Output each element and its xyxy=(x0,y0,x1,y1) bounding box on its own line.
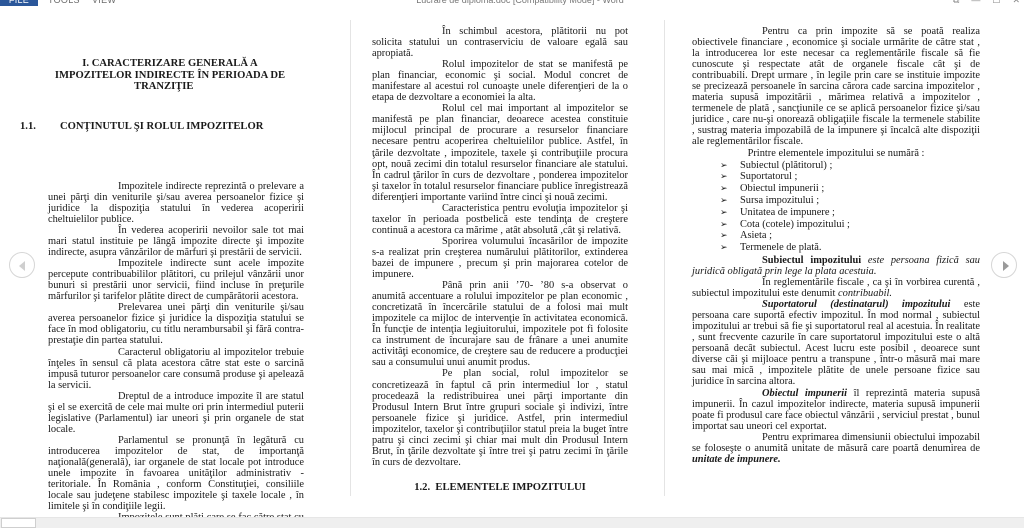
body-text: Impozitele indirecte reprezintă o prelev… xyxy=(48,181,304,528)
window-controls: ⧉ — ☐ ✕ xyxy=(953,0,1020,6)
list-item: ➢Obiectul impunerii ; xyxy=(692,183,980,195)
paragraph-contribuabil: În reglementările fiscale , ca şi în vor… xyxy=(692,277,980,299)
paragraph: Prelevarea unei părţi din veniturile şi/… xyxy=(48,302,304,346)
menu-view[interactable]: VIEW xyxy=(92,0,116,6)
minimize-icon[interactable]: — xyxy=(971,0,980,6)
menu-file[interactable]: FILE xyxy=(0,0,38,6)
arrow-bullet-icon: ➢ xyxy=(720,230,728,242)
section-title: CONŢINUTUL ŞI ROLUL IMPOZITELOR xyxy=(60,121,263,132)
list-item: ➢Sursa impozitului ; xyxy=(692,195,980,207)
paragraph-unitate: Pentru exprimarea dimensiunii obiectului… xyxy=(692,432,980,465)
paragraph: Pe plan social, rolul impozitelor se con… xyxy=(372,368,628,467)
list-intro: Printre elementele impozitului se numără… xyxy=(692,148,980,159)
paragraph: În vederea acoperirii nevoilor sale tot … xyxy=(48,225,304,258)
list-item: ➢Asieta ; xyxy=(692,230,980,242)
restore-icon[interactable]: ⧉ xyxy=(953,0,959,6)
chapter-title-line: TRANZIŢIE xyxy=(48,81,292,93)
section-heading: 1.2. ELEMENTELE IMPOZITULUI xyxy=(372,482,628,493)
list-item: ➢Unitatea de impunere ; xyxy=(692,207,980,219)
paragraph: Parlamentul se pronunţă în legătură cu i… xyxy=(48,435,304,512)
list-item: ➢Termenele de plată. xyxy=(692,242,980,254)
chevron-left-icon xyxy=(10,253,36,279)
arrow-bullet-icon: ➢ xyxy=(720,242,728,254)
paragraph: Impozitele indirecte reprezintă o prelev… xyxy=(48,181,304,225)
status-bar xyxy=(0,517,1024,528)
close-icon[interactable]: ✕ xyxy=(1012,0,1020,6)
chapter-title: I. CARACTERIZARE GENERALĂ A IMPOZITELOR … xyxy=(48,58,304,93)
menu-tools[interactable]: TOOLS xyxy=(48,0,80,6)
section-title: ELEMENTELE IMPOZITULUI xyxy=(435,482,585,493)
maximize-icon[interactable]: ☐ xyxy=(992,0,1000,6)
menu-bar: FILE TOOLS VIEW Lucrare de diplomă.doc [… xyxy=(0,0,1024,6)
page-indicator-box[interactable] xyxy=(1,518,36,528)
paragraph: Pentru ca prin impozite să se poată real… xyxy=(692,26,980,148)
paragraph: Caracterul obligatoriu al impozitelor tr… xyxy=(48,347,304,391)
next-page-button[interactable] xyxy=(991,252,1017,278)
previous-page-button[interactable] xyxy=(9,252,35,278)
arrow-bullet-icon: ➢ xyxy=(720,171,728,183)
chapter-title-line: IMPOZITELOR INDIRECTE ÎN PERIOADA DE xyxy=(55,70,285,81)
chevron-right-icon xyxy=(992,253,1018,279)
page-right: Pentru ca prin impozite să se poată real… xyxy=(692,26,980,465)
page-middle: În schimbul acestora, plătitorii nu pot … xyxy=(372,26,628,493)
paragraph: Caracteristica pentru evoluţia impozitel… xyxy=(372,203,628,236)
elements-list: ➢Subiectul (plătitorul) ; ➢Suportatorul … xyxy=(692,160,980,254)
chapter-title-line: I. CARACTERIZARE GENERALĂ A xyxy=(82,58,257,69)
paragraph: Rolul impozitelor de stat se manifestă p… xyxy=(372,59,628,103)
paragraph: Dreptul de a introduce impozite îl are s… xyxy=(48,391,304,435)
paragraph: Până prin anii ’70- ’80 s-a observat o a… xyxy=(372,280,628,368)
paragraph: Sporirea volumului încasărilor de impozi… xyxy=(372,236,628,280)
arrow-bullet-icon: ➢ xyxy=(720,207,728,219)
section-number: 1.1. xyxy=(20,121,60,132)
window-title: Lucrare de diplomă.doc [Compatibility Mo… xyxy=(400,0,640,6)
page-divider xyxy=(350,20,351,496)
paragraph-suportator: Suportatorul (destinatarul) impozitului … xyxy=(692,299,980,387)
arrow-bullet-icon: ➢ xyxy=(720,160,728,172)
list-item: ➢Suportatorul ; xyxy=(692,171,980,183)
section-heading: 1.1.CONŢINUTUL ŞI ROLUL IMPOZITELOR xyxy=(20,121,304,132)
section-number: 1.2. xyxy=(414,482,430,493)
paragraph: Rolul cel mai important al impozitelor s… xyxy=(372,103,628,202)
paragraph: În schimbul acestora, plătitorii nu pot … xyxy=(372,26,628,59)
paragraph-obiect: Obiectul impunerii îl reprezintă materia… xyxy=(692,388,980,432)
paragraph: Impozitele indirecte sunt acele impozite… xyxy=(48,258,304,302)
paragraph-subiect: Subiectul impozitului este persoana fizi… xyxy=(692,255,980,277)
arrow-bullet-icon: ➢ xyxy=(720,219,728,231)
list-item: ➢Cota (cotele) impozitului ; xyxy=(692,219,980,231)
page-divider xyxy=(664,20,665,496)
page-left: I. CARACTERIZARE GENERALĂ A IMPOZITELOR … xyxy=(48,26,304,528)
list-item: ➢Subiectul (plătitorul) ; xyxy=(692,160,980,172)
arrow-bullet-icon: ➢ xyxy=(720,183,728,195)
arrow-bullet-icon: ➢ xyxy=(720,195,728,207)
